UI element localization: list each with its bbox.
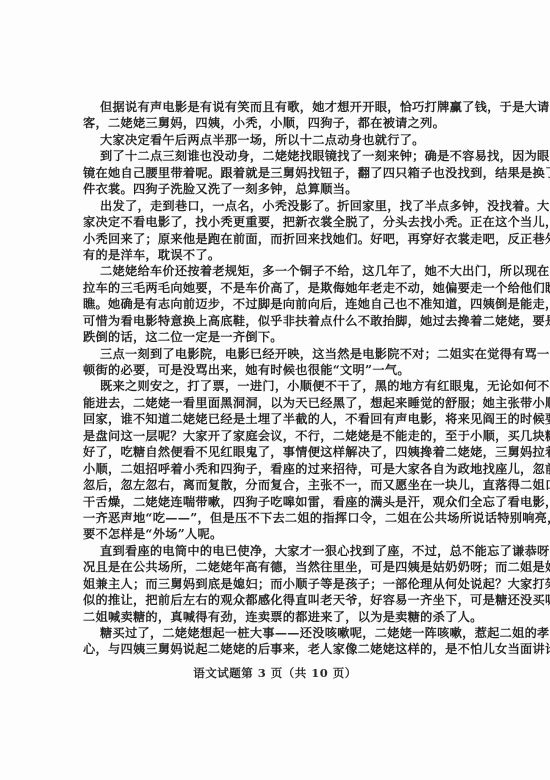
text-line: 件衣裳。四狗子洗脸又洗了一刻多钟，总算顺当。 [83,181,463,197]
text-line: 家决定不看电影了，找小秃更重要，把新衣裳全脱了，分头去找小秃。正在这个当儿， [83,214,463,230]
text-line: 一齐恶声地“吃——”，但是压不下去二姐的指挥口令，二姐在公共场所说话特别响亮， [83,510,463,526]
text-line: 客，二姥姥三舅妈，四姨，小秃，小顺，四狗子，都在被请之列。 [83,115,463,131]
text-line: 顿街的必要，可是没骂出来，她有时候也很能“文明”一气。 [83,362,463,378]
text-line: 姐兼主人；而三舅妈到底是媳妇；而小顺子等是孩子；一部伦理从何处说起？大家打架 [83,576,463,592]
text-line: 瞧。她确是有志向前迈步，不过脚是向前向后，连她自己也不准知道，四姨倒是能走， [83,296,463,312]
text-line: 回家，谁不知道二姥姥已经是土埋了半截的人，不看回有声电影，将来见阎王的时候要 [83,411,463,427]
text-line: 二姥姥给车价还按着老规矩，多一个铜子不给，这几年了，她不大出门，所以现在 [83,263,463,279]
text-line: 要不怎样是“外场”人呢。 [83,526,463,542]
text-line: 有的是洋车，耽误不了。 [83,247,463,263]
passage-body: 但据说有声电影是有说有笑而且有歌，她才想开开眼，恰巧打牌赢了钱，于是大请客，二姥… [83,99,463,658]
text-line: 能进去，二姥姥一看里面黑洞洞，以为天已经黑了，想起来睡觉的舒服；她主张带小顺 [83,395,463,411]
text-line: 但据说有声电影是有说有笑而且有歌，她才想开开眼，恰巧打牌赢了钱，于是大请 [83,99,463,115]
text-line: 跌倒的话，这二位一定是一齐倒下。 [83,329,463,345]
text-line: 况且是在公共场所，二姥姥年高有德，当然往里坐，可是四姨是姑奶奶呀；而二姐是姐 [83,559,463,575]
text-line: 糖买过了，二姥姥想起一桩大事——还没咳嗽呢，二姥姥一阵咳嗽，惹起二姐的孝 [83,625,463,641]
text-line: 是盘问这一层呢？大家开了家庭会议，不行，二姥姥是不能走的，至于小顺，买几块糖 [83,428,463,444]
text-line: 既来之则安之，打了票，一进门，小顺便不干了，黑的地方有红眼鬼，无论如何不 [83,378,463,394]
text-line: 小顺，二姐招呼着小秃和四狗子，看座的过来招待，可是大家各自为政地找座儿，忽前 [83,461,463,477]
text-line: 可惜为看电影特意换上高底鞋，似乎非扶着点什么不敢抬脚，她过去搀着二姥姥，要是 [83,313,463,329]
text-line: 直到看座的电筒中的电已使净，大家才一狠心找到了座，不过，总不能忘了谦恭呀， [83,543,463,559]
text-line: 心，与四姨三舅妈说起二姥姥的后事来，老人家像二姥姥这样的，是不怕儿女当面讲论 [83,641,463,657]
text-line: 出发了，走到巷口，一点名，小秃没影了。折回家里，找了半点多钟，没找着。大 [83,198,463,214]
text-line: 拉车的三毛两毛向她要，不是车价高了，是欺侮她年老走不动，她偏要走一个给他们瞧 [83,280,463,296]
text-line: 到了十二点三刻谁也没动身，二姥姥找眼镜找了一刻来钟；确是不容易找，因为眼 [83,148,463,164]
exam-page: 但据说有声电影是有说有笑而且有歌，她才想开开眼，恰巧打牌赢了钱，于是大请客，二姥… [0,0,550,780]
text-line: 似的推让，把前后左右的观众都感化得直叫老天爷，好容易一齐坐下，可是糖还没买呢！ [83,592,463,608]
text-line: 大家决定看午后两点半那一场，所以十二点动身也就行了。 [83,132,463,148]
text-line: 二姐喊卖糖的，真喊得有劲，连卖票的都进来了，以为是卖糖的杀了人。 [83,609,463,625]
text-line: 好了，吃糖自然便看不见红眼鬼了，事情便这样解决了，四姨搀着二姥姥，三舅妈拉着 [83,444,463,460]
page-footer: 语文试题第 3 页（共 10 页） [0,665,550,681]
text-line: 干舌燥，二姥姥连喘带嗽，四狗子吃嗥如雷，看座的满头是汗，观众们全忘了看电影， [83,494,463,510]
text-line: 镜在她自己腰里带着呢。跟着就是三舅妈找钮子，翻了四只箱子也没找到，结果是换了 [83,165,463,181]
text-line: 三点一刻到了电影院，电影已经开映，这当然是电影院不对；二姐实在觉得有骂一 [83,346,463,362]
text-line: 小秃回来了；原来他是跑在前面，而折回来找她们。好吧，再穿好衣裳走吧，反正巷外 [83,231,463,247]
text-line: 忽后，忽左忽右，离而复散，分而复合，主张不一，而又愿坐在一块儿，直落得二姐口 [83,477,463,493]
